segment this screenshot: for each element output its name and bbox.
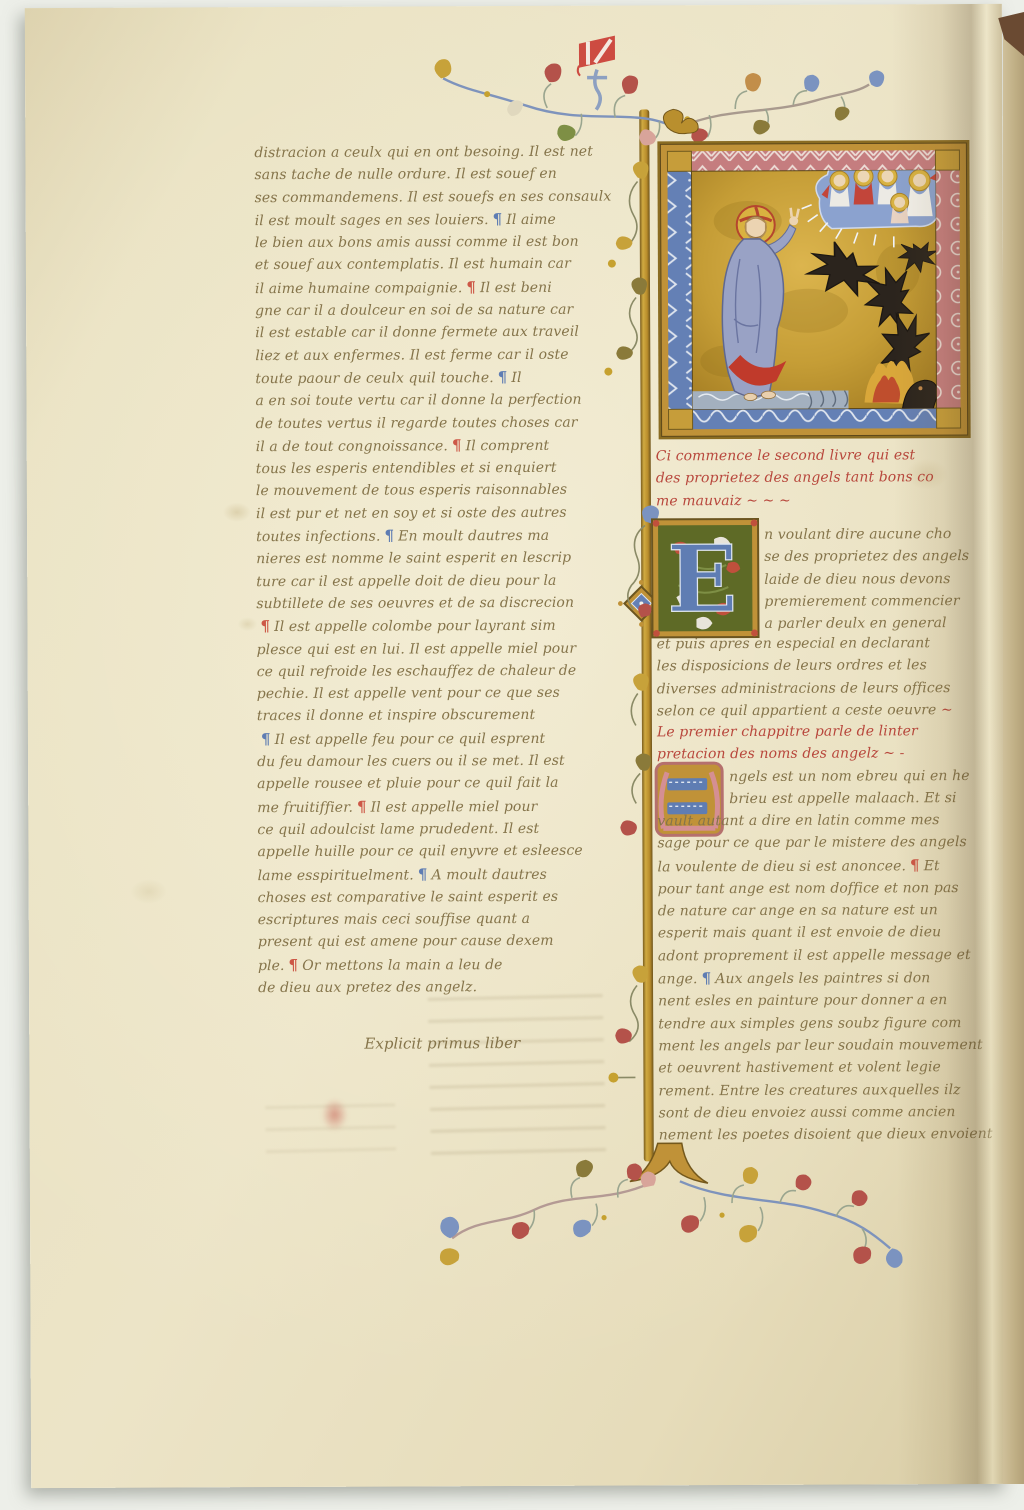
manuscript-line: ¶Il est appelle feu pour ce quil esprent <box>257 726 569 751</box>
text-segment: pechie. Il est appelle vent pour ce que … <box>257 685 560 702</box>
top-vine-border <box>427 48 879 146</box>
text-segment: ple. <box>258 958 285 974</box>
manuscript-line: ses commandemens. Il est souefs en ses c… <box>255 185 567 209</box>
text-segment: les disposicions de leurs ordres et les <box>657 658 927 675</box>
paragraph-mark: ¶ <box>353 797 371 815</box>
text-segment: A moult dautres <box>431 866 547 883</box>
text-segment: il aime humaine compaignie. <box>255 280 462 297</box>
text-segment: subtillete de ses oeuvres et de sa discr… <box>256 595 574 612</box>
manuscript-line: sans tache de nulle ordure. Il est souef… <box>254 163 566 187</box>
text-segment: choses est comparative le saint esperit … <box>258 889 559 906</box>
manuscript-line: ture car il est appelle doit de dieu pou… <box>256 569 568 593</box>
text-segment: Il est appelle feu pour ce quil esprent <box>275 731 546 748</box>
paragraph-mark: ¶ <box>698 969 716 987</box>
text-segment: present qui est amene pour cause dexem <box>258 933 554 950</box>
manuscript-line: a en soi toute vertu car il donne la per… <box>255 389 567 413</box>
raised-arm <box>762 225 796 257</box>
miniature-border-left <box>667 151 692 429</box>
blue-mantle <box>722 239 784 397</box>
text-segment: et souef aux contemplatis. Il est humain… <box>255 256 571 273</box>
manuscript-line: tous les esperis entendibles et si enqui… <box>256 457 568 481</box>
manuscript-line: il aime humaine compaignie.¶Il est beni <box>255 276 567 301</box>
text-segment: Il est beni <box>480 280 552 296</box>
text-segment: a en soi toute vertu car il donne la per… <box>255 392 581 409</box>
text-segment: gne car il a doulceur en soi de sa natur… <box>255 302 573 319</box>
text-segment: Il <box>511 370 521 386</box>
manuscript-line: choses est comparative le saint esperit … <box>258 886 570 910</box>
text-segment: il est moult sages en ses louiers. <box>255 212 489 229</box>
text-segment: plesce qui est en lui. Il est appelle mi… <box>257 640 577 657</box>
beard <box>750 237 762 245</box>
manuscript-line: ce quil refroide les eschauffez de chale… <box>257 660 569 684</box>
manuscript-line: appelle huille pour ce quil enyvre et es… <box>257 840 569 864</box>
left-column-text: distracion a ceulx qui en ont besoing. I… <box>254 141 570 1000</box>
bleedthrough-text <box>428 994 607 1166</box>
manuscript-page: distracion a ceulx qui en ont besoing. I… <box>25 4 1008 1488</box>
paragraph-mark: ¶ <box>284 956 302 974</box>
text-segment: sans tache de nulle ordure. Il est souef… <box>254 166 556 183</box>
manuscript-line: il est pur et net en soy et si oste des … <box>256 502 568 526</box>
text-segment: Il est appelle colombe pour layrant sim <box>274 618 556 635</box>
text-segment: nieres est nomme le saint esperit en les… <box>256 550 571 567</box>
manuscript-line: nieres est nomme le saint esperit en les… <box>256 547 568 571</box>
manuscript-line: distracion a ceulx qui en ont besoing. I… <box>254 141 566 165</box>
text-segment: ses commandemens. Il est souefs en ses c… <box>255 188 612 206</box>
text-segment: ce quil adoulcist lame prudedent. Il est <box>257 821 539 838</box>
bleedthrough-initial <box>322 1099 348 1131</box>
manuscript-line: toutes infections.¶En moult dautres ma <box>256 524 568 549</box>
vine-leaves <box>434 57 884 146</box>
manuscript-line: subtillete de ses oeuvres et de sa discr… <box>256 592 568 616</box>
manuscript-line: ¶Il est appelle colombe pour layrant sim <box>256 614 568 639</box>
text-segment: escriptures mais ceci souffise quant a <box>258 911 530 928</box>
text-segment: Or mettons la main a leu de <box>302 957 502 974</box>
manuscript-line: present qui est amene pour cause dexem <box>258 930 570 954</box>
bar-base-flare <box>630 1143 708 1183</box>
initial-foliage <box>672 537 740 630</box>
text-segment: il a de tout congnoissance. <box>256 438 448 455</box>
manuscript-line: et souef aux contemplatis. Il est humain… <box>255 253 567 277</box>
text-segment: le bien aux bons amis aussi comme il est… <box>255 234 579 251</box>
text-segment: la voulente de dieu si est anoncee. <box>657 858 906 875</box>
photograph-backdrop: distracion a ceulx qui en ont besoing. I… <box>0 0 1024 1510</box>
gutter-bar-ornament <box>639 109 654 1161</box>
blessing-hand <box>791 208 799 218</box>
text-segment: En moult dautres ma <box>398 528 549 545</box>
manuscript-line: traces il donne et inspire obscurement <box>257 704 569 728</box>
manuscript-line: il est moult sages en ses louiers.¶Il ai… <box>255 208 567 233</box>
manuscript-line: du feu damour les cuers ou il se met. Il… <box>257 750 569 774</box>
text-segment: distracion a ceulx qui en ont besoing. I… <box>254 144 593 161</box>
illuminated-initial-E: E <box>652 519 759 637</box>
manuscript-line: me fruitiffier.¶Il est appelle miel pour <box>257 794 569 819</box>
text-segment: appelle rousee et pluie pour ce quil fai… <box>257 775 559 792</box>
text-segment: me fruitiffier. <box>257 799 353 815</box>
paragraph-mark: ¶ <box>256 617 274 635</box>
text-segment: des proprietez des angels tant bons co <box>656 469 934 486</box>
text-segment: traces il donne et inspire obscurement <box>257 707 535 724</box>
paragraph-mark: ¶ <box>494 368 512 386</box>
text-segment: il est pur et net en soy et si oste des … <box>256 505 567 522</box>
page-fold-shading <box>892 4 1008 1484</box>
text-segment: ture car il est appelle doit de dieu pou… <box>256 572 556 589</box>
manuscript-line: ple.¶Or mettons la main a leu de <box>258 952 570 977</box>
manuscript-line: pechie. Il est appelle vent pour ce que … <box>257 682 569 706</box>
text-segment: lame esspirituelment. <box>258 867 414 884</box>
paragraph-mark: ¶ <box>489 210 507 228</box>
text-segment: Il est appelle miel pour <box>371 799 538 816</box>
text-segment: toutes infections. <box>256 529 380 546</box>
manuscript-line: toute paour de ceulx quil touche.¶Il <box>255 366 567 391</box>
text-segment: et puis apres en especial en declarant <box>657 635 931 652</box>
vine-leaves <box>440 1158 903 1270</box>
corner-knobs <box>653 520 758 637</box>
manuscript-line: le mouvement de tous esperis raisonnable… <box>256 479 568 503</box>
manuscript-line: lame esspirituelment.¶A moult dautres <box>258 862 570 887</box>
manuscript-line: le bien aux bons amis aussi comme il est… <box>255 231 567 255</box>
text-segment: de dieu aux pretez des angelz. <box>258 979 477 996</box>
paragraph-mark: ¶ <box>380 527 398 545</box>
red-hem <box>728 355 786 386</box>
gold-mottling <box>700 194 921 377</box>
paragraph-mark: ¶ <box>448 436 466 454</box>
text-segment: de toutes vertus il regarde toutes chose… <box>256 414 578 431</box>
text-segment: appelle huille pour ce quil enyvre et es… <box>257 843 582 860</box>
text-segment: Il aime <box>506 212 556 228</box>
red-robe <box>744 241 766 294</box>
text-segment: tous les esperis entendibles et si enqui… <box>256 460 557 477</box>
manuscript-line: plesce qui est en lui. Il est appelle mi… <box>257 637 569 661</box>
text-segment: le mouvement de tous esperis raisonnable… <box>256 482 567 499</box>
text-segment: Le premier chappitre parle de linter <box>657 723 918 740</box>
manuscript-line: escriptures mais ceci souffise quant a <box>258 908 570 932</box>
manuscript-line: gne car il a doulceur en soi de sa natur… <box>255 299 567 323</box>
manuscript-line: liez et aux enfermes. Il est ferme car i… <box>255 343 567 367</box>
manuscript-line: de toutes vertus il regarde toutes chose… <box>256 411 568 435</box>
paragraph-mark: ¶ <box>414 865 432 883</box>
text-segment: Il comprent <box>466 438 550 454</box>
text-segment: pretacion des noms des angelz ~ - <box>657 746 904 763</box>
text-segment: liez et aux enfermes. Il est ferme car i… <box>255 346 568 363</box>
text-segment: ange. <box>658 971 698 987</box>
text-segment: ce quil refroide les eschauffez de chale… <box>257 663 577 680</box>
water <box>692 391 848 410</box>
text-segment: toute paour de ceulx quil touche. <box>255 370 493 387</box>
text-segment: il est estable car il donne fermete aux … <box>255 324 579 341</box>
paragraph-mark: ¶ <box>462 278 480 296</box>
manuscript-line: ce quil adoulcist lame prudedent. Il est <box>257 818 569 842</box>
drop-cap-letter: E <box>667 525 738 633</box>
quire-mark-icon <box>571 32 621 112</box>
book-fore-edge <box>1003 24 1024 1484</box>
text-segment: du feu damour les cuers ou il se met. Il… <box>257 753 565 770</box>
manuscript-line: il a de tout congnoissance.¶Il comprent <box>256 434 568 459</box>
text-segment: me mauvaiz ~ ~ ~ <box>656 492 791 509</box>
text-segment: Ci commence le second livre qui est <box>656 447 916 464</box>
paragraph-mark: ¶ <box>257 730 275 748</box>
christ-figure <box>722 206 800 401</box>
manuscript-line: appelle rousee et pluie pour ce quil fai… <box>257 772 569 796</box>
manuscript-line: il est estable car il donne fermete aux … <box>255 321 567 345</box>
